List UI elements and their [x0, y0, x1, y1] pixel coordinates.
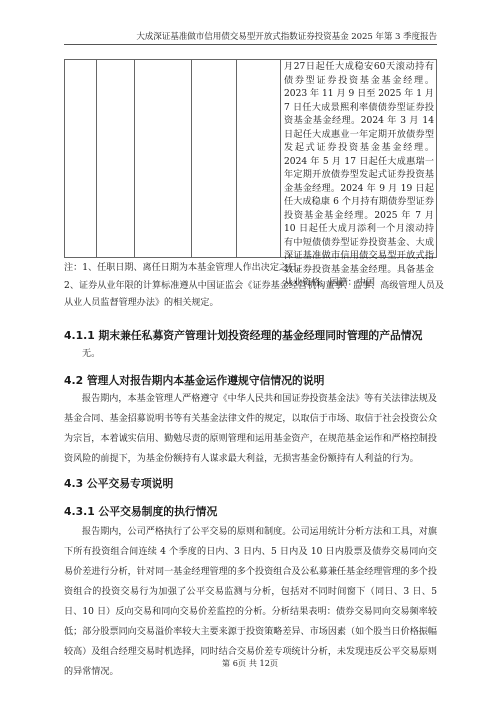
- section-heading-4-2: 4.2 管理人对报告期内本基金运作遵规守信情况的说明: [64, 373, 324, 388]
- table-cell-years: [237, 60, 281, 257]
- section-heading-4-1-1: 4.1.1 期末兼任私募资产管理计划投资经理的基金经理同时管理的产品情况: [64, 328, 422, 343]
- table-cell-bio: 月27日起任大成稳安60天滚动持有债券型证券投资基金基金经理。2023 年 11…: [281, 60, 436, 257]
- header-divider: [64, 44, 437, 45]
- table-cell-end-date: [192, 60, 237, 257]
- page-number: 第 6页 共 12页: [0, 658, 500, 669]
- section-body-4-1-1: 无。: [64, 344, 437, 364]
- section-heading-4-3: 4.3 公平交易专项说明: [64, 476, 173, 491]
- table-cell-name: [65, 60, 97, 257]
- table-note-2: 2、证券从业年限的计算标准遵从中国证监会《证券基金经营机构董事、监事、高级管理人…: [64, 278, 444, 312]
- section-body-4-2: 报告期内，本基金管理人严格遵守《中华人民共和国证券投资基金法》等有关法律法规及基…: [64, 389, 437, 469]
- table-note-1: 注：1、任职日期、离任日期为本基金管理人作出决定之日。: [64, 260, 444, 277]
- report-header-title: 大成深证基准做市信用债交易型开放式指数证券投资基金 2025 年第 3 季度报告: [64, 30, 437, 42]
- section-heading-4-3-1: 4.3.1 公平交易制度的执行情况: [64, 504, 217, 519]
- table-cell-start-date: [135, 60, 192, 257]
- fund-manager-table: 月27日起任大成稳安60天滚动持有债券型证券投资基金基金经理。2023 年 11…: [64, 59, 437, 258]
- table-cell-title: [97, 60, 135, 257]
